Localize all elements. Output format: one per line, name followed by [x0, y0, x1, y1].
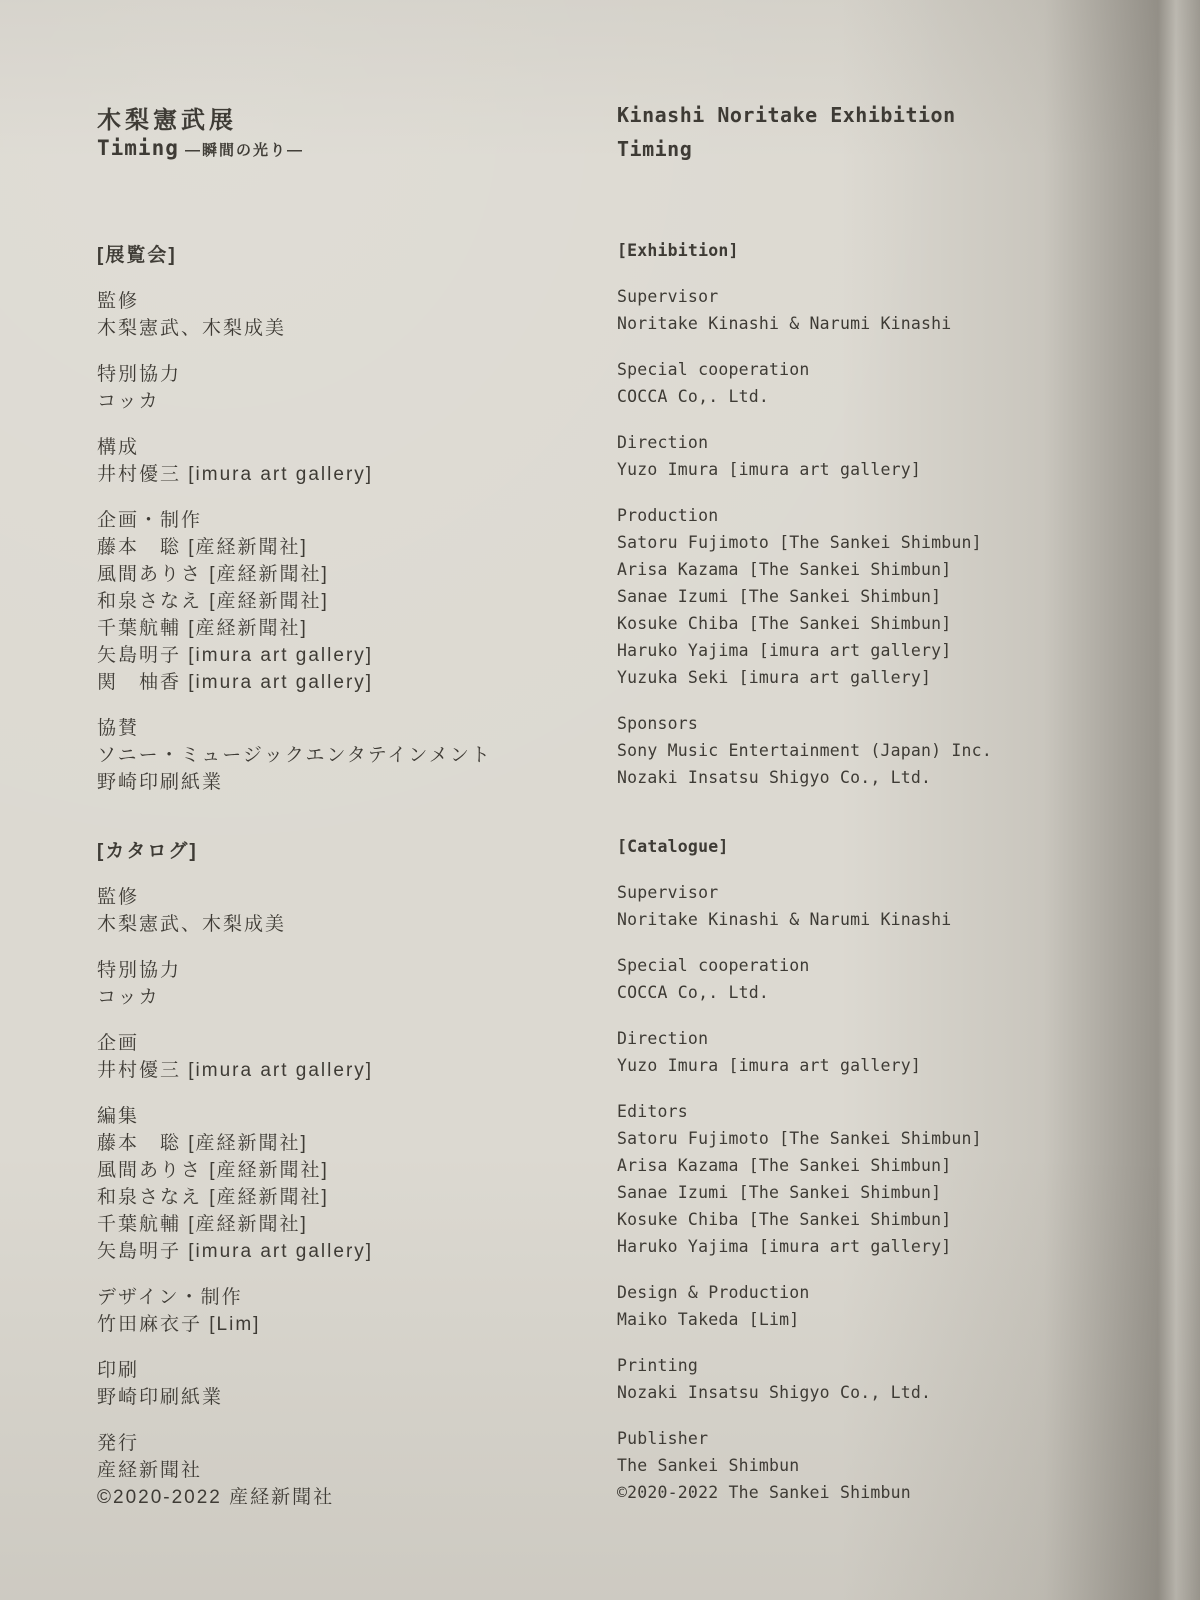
credit-value-line: 矢島明子 [imura art gallery]Haruko Yajima [i… — [0, 1234, 1200, 1261]
credit-text-jp: 井村優三 [imura art gallery] — [97, 459, 373, 486]
credit-label-line: 企画Direction — [0, 1026, 1200, 1053]
credit-text-jp: 竹田麻衣子 [Lim] — [97, 1309, 260, 1336]
credit-text-en: Design & Production — [617, 1283, 810, 1302]
credit-text-en: The Sankei Shimbun — [617, 1456, 799, 1475]
section-heading-line: [展覧会][Exhibition] — [0, 238, 1200, 265]
credits-section: [カタログ][Catalogue]監修Supervisor木梨憲武、木梨成美No… — [0, 834, 1200, 1507]
credit-text-en: Haruko Yajima [imura art gallery] — [617, 641, 951, 660]
credit-value-line: 和泉さなえ [産経新聞社]Sanae Izumi [The Sankei Shi… — [0, 1180, 1200, 1207]
credit-label-line: 企画・制作Production — [0, 503, 1200, 530]
credit-value-line: 風間ありさ [産経新聞社]Arisa Kazama [The Sankei Sh… — [0, 1153, 1200, 1180]
credit-text-en: Special cooperation — [617, 956, 810, 975]
credit-text-en: Production — [617, 506, 718, 525]
credit-text-jp: 和泉さなえ [産経新聞社] — [97, 1182, 329, 1209]
credit-label-line: 編集Editors — [0, 1099, 1200, 1126]
page-subtitle-jp: Timing —瞬間の光り— — [97, 136, 304, 160]
credit-text-en: Satoru Fujimoto [The Sankei Shimbun] — [617, 1129, 982, 1148]
credit-text-jp: 木梨憲武、木梨成美 — [97, 313, 286, 340]
credit-text-jp: 企画・制作 — [97, 505, 202, 532]
credit-text-jp: コッカ — [97, 982, 160, 1009]
credit-text-en: Nozaki Insatsu Shigyo Co., Ltd. — [617, 1383, 931, 1402]
credit-text-en: Nozaki Insatsu Shigyo Co., Ltd. — [617, 768, 931, 787]
credit-text-jp: 関 柚香 [imura art gallery] — [97, 667, 373, 694]
credit-value-line: 和泉さなえ [産経新聞社]Sanae Izumi [The Sankei Shi… — [0, 584, 1200, 611]
credit-value-line: 木梨憲武、木梨成美Noritake Kinashi & Narumi Kinas… — [0, 311, 1200, 338]
credit-text-jp: 井村優三 [imura art gallery] — [97, 1055, 373, 1082]
credit-text-en: Sony Music Entertainment (Japan) Inc. — [617, 741, 992, 760]
credit-text-en: Kosuke Chiba [The Sankei Shimbun] — [617, 614, 951, 633]
page-subtitle-latin: Timing — [97, 136, 179, 160]
credit-text-jp: ソニー・ミュージックエンタテインメント — [97, 740, 492, 767]
credit-value-line: コッカCOCCA Co,. Ltd. — [0, 980, 1200, 1007]
credit-label-line: 協賛Sponsors — [0, 711, 1200, 738]
credit-label-line: 印刷Printing — [0, 1353, 1200, 1380]
credit-value-line: 竹田麻衣子 [Lim]Maiko Takeda [Lim] — [0, 1307, 1200, 1334]
credit-value-line: 産経新聞社The Sankei Shimbun — [0, 1453, 1200, 1480]
credit-label-line: 監修Supervisor — [0, 880, 1200, 907]
credit-text-en: Supervisor — [617, 287, 718, 306]
page-title-en: Kinashi Noritake Exhibition Timing — [617, 98, 956, 166]
credit-label-line: 構成Direction — [0, 430, 1200, 457]
section-heading-line: [カタログ][Catalogue] — [0, 834, 1200, 861]
credit-value-line: 藤本 聡 [産経新聞社]Satoru Fujimoto [The Sankei … — [0, 1126, 1200, 1153]
credit-text-en: Yuzuka Seki [imura art gallery] — [617, 668, 931, 687]
credit-text-jp: 木梨憲武、木梨成美 — [97, 909, 286, 936]
credit-text-jp: 風間ありさ [産経新聞社] — [97, 559, 329, 586]
credit-label-line: デザイン・制作Design & Production — [0, 1280, 1200, 1307]
title-block: 木梨憲武展 Timing —瞬間の光り— Kinashi Noritake Ex… — [0, 100, 1200, 168]
credit-text-en: Sanae Izumi [The Sankei Shimbun] — [617, 587, 941, 606]
credit-text-en: COCCA Co,. Ltd. — [617, 983, 769, 1002]
credit-text-en: Special cooperation — [617, 360, 810, 379]
credit-text-jp: ©2020-2022 産経新聞社 — [97, 1482, 334, 1509]
credit-value-line: 千葉航輔 [産経新聞社]Kosuke Chiba [The Sankei Shi… — [0, 1207, 1200, 1234]
credit-text-en: Sponsors — [617, 714, 698, 733]
credit-text-en: Direction — [617, 1029, 708, 1048]
credit-value-line: 井村優三 [imura art gallery]Yuzo Imura [imur… — [0, 1053, 1200, 1080]
credit-text-jp: デザイン・制作 — [97, 1282, 243, 1309]
credit-text-jp: 印刷 — [97, 1355, 139, 1382]
credit-text-en: Arisa Kazama [The Sankei Shimbun] — [617, 1156, 951, 1175]
credit-text-en: Publisher — [617, 1429, 708, 1448]
credit-text-en: Haruko Yajima [imura art gallery] — [617, 1237, 951, 1256]
credit-text-en: ©2020-2022 The Sankei Shimbun — [617, 1483, 911, 1502]
credit-text-jp: [カタログ] — [97, 836, 198, 863]
credit-value-line: ソニー・ミュージックエンタテインメントSony Music Entertainm… — [0, 738, 1200, 765]
credits-colophon: [展覧会][Exhibition]監修Supervisor木梨憲武、木梨成美No… — [0, 238, 1200, 1507]
credit-text-jp: 矢島明子 [imura art gallery] — [97, 1236, 373, 1263]
credit-value-line: 千葉航輔 [産経新聞社]Kosuke Chiba [The Sankei Shi… — [0, 611, 1200, 638]
credit-text-jp: 特別協力 — [97, 955, 181, 982]
credit-value-line: コッカCOCCA Co,. Ltd. — [0, 384, 1200, 411]
credit-value-line: 井村優三 [imura art gallery]Yuzo Imura [imur… — [0, 457, 1200, 484]
credit-text-en: Kosuke Chiba [The Sankei Shimbun] — [617, 1210, 951, 1229]
credit-text-en: [Catalogue] — [617, 837, 728, 856]
credits-section: [展覧会][Exhibition]監修Supervisor木梨憲武、木梨成美No… — [0, 238, 1200, 792]
page-title-jp: 木梨憲武展 — [97, 100, 237, 135]
credit-value-line: ©2020-2022 産経新聞社©2020-2022 The Sankei Sh… — [0, 1480, 1200, 1507]
credit-text-jp: 風間ありさ [産経新聞社] — [97, 1155, 329, 1182]
credit-text-en: Supervisor — [617, 883, 718, 902]
credit-text-jp: 発行 — [97, 1428, 139, 1455]
credit-value-line: 野崎印刷紙業Nozaki Insatsu Shigyo Co., Ltd. — [0, 765, 1200, 792]
credit-text-jp: 特別協力 — [97, 359, 181, 386]
credit-text-jp: 千葉航輔 [産経新聞社] — [97, 613, 308, 640]
credit-text-jp: 監修 — [97, 286, 139, 313]
credit-text-jp: [展覧会] — [97, 240, 177, 267]
page-title-en-line2: Timing — [617, 132, 956, 166]
credit-text-jp: 野崎印刷紙業 — [97, 1382, 223, 1409]
credit-text-jp: 構成 — [97, 432, 139, 459]
credit-text-en: Sanae Izumi [The Sankei Shimbun] — [617, 1183, 941, 1202]
credit-text-jp: 産経新聞社 — [97, 1455, 202, 1482]
credit-text-en: Noritake Kinashi & Narumi Kinashi — [617, 910, 951, 929]
credit-value-line: 野崎印刷紙業Nozaki Insatsu Shigyo Co., Ltd. — [0, 1380, 1200, 1407]
credit-value-line: 関 柚香 [imura art gallery]Yuzuka Seki [imu… — [0, 665, 1200, 692]
credit-text-en: Noritake Kinashi & Narumi Kinashi — [617, 314, 951, 333]
credit-text-en: Yuzo Imura [imura art gallery] — [617, 460, 921, 479]
credit-label-line: 発行Publisher — [0, 1426, 1200, 1453]
credit-text-jp: 野崎印刷紙業 — [97, 767, 223, 794]
credit-text-en: Maiko Takeda [Lim] — [617, 1310, 799, 1329]
credit-value-line: 藤本 聡 [産経新聞社]Satoru Fujimoto [The Sankei … — [0, 530, 1200, 557]
credit-text-en: Printing — [617, 1356, 698, 1375]
credit-label-line: 特別協力Special cooperation — [0, 953, 1200, 980]
credit-text-en: COCCA Co,. Ltd. — [617, 387, 769, 406]
credit-text-jp: 藤本 聡 [産経新聞社] — [97, 1128, 308, 1155]
book-page: 木梨憲武展 Timing —瞬間の光り— Kinashi Noritake Ex… — [0, 0, 1200, 1600]
credit-text-en: Direction — [617, 433, 708, 452]
credit-text-jp: 企画 — [97, 1028, 139, 1055]
credit-label-line: 監修Supervisor — [0, 284, 1200, 311]
credit-text-jp: 矢島明子 [imura art gallery] — [97, 640, 373, 667]
credit-value-line: 木梨憲武、木梨成美Noritake Kinashi & Narumi Kinas… — [0, 907, 1200, 934]
page-title-en-line1: Kinashi Noritake Exhibition — [617, 98, 956, 132]
credit-text-jp: 編集 — [97, 1101, 139, 1128]
credit-text-en: [Exhibition] — [617, 241, 739, 260]
credit-label-line: 特別協力Special cooperation — [0, 357, 1200, 384]
credit-text-jp: 監修 — [97, 882, 139, 909]
credit-text-jp: 協賛 — [97, 713, 139, 740]
page-subtitle-jp-suffix: —瞬間の光り— — [179, 142, 304, 159]
credit-text-jp: 藤本 聡 [産経新聞社] — [97, 532, 308, 559]
credit-text-en: Yuzo Imura [imura art gallery] — [617, 1056, 921, 1075]
credit-text-jp: コッカ — [97, 386, 160, 413]
credit-value-line: 矢島明子 [imura art gallery]Haruko Yajima [i… — [0, 638, 1200, 665]
credit-value-line: 風間ありさ [産経新聞社]Arisa Kazama [The Sankei Sh… — [0, 557, 1200, 584]
credit-text-jp: 千葉航輔 [産経新聞社] — [97, 1209, 308, 1236]
credit-text-jp: 和泉さなえ [産経新聞社] — [97, 586, 329, 613]
credit-text-en: Editors — [617, 1102, 688, 1121]
credit-text-en: Arisa Kazama [The Sankei Shimbun] — [617, 560, 951, 579]
credit-text-en: Satoru Fujimoto [The Sankei Shimbun] — [617, 533, 982, 552]
